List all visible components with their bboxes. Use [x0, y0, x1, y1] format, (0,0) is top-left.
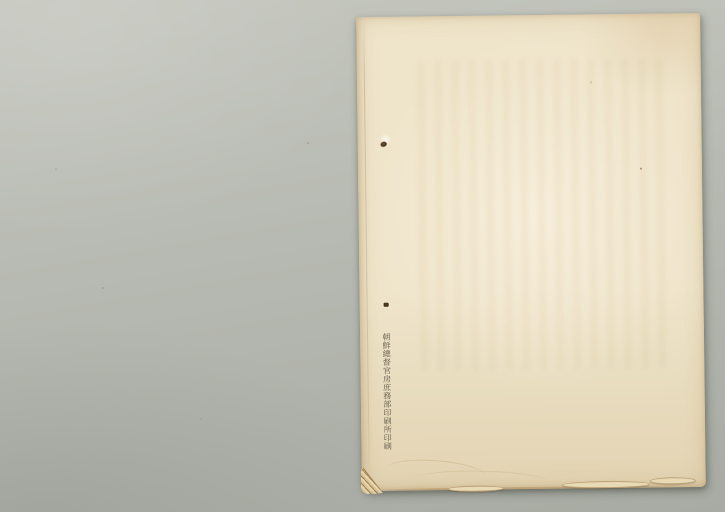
bottom-edge-wear — [448, 485, 504, 492]
dark-speck-stain — [384, 303, 389, 307]
imprint-vertical-text: 朝鮮總督官房庶務部印刷所印刷 — [380, 333, 394, 457]
left-edge-crease — [363, 21, 370, 483]
paper-speck — [590, 81, 592, 83]
dust-speck — [307, 142, 309, 144]
bottom-edge-wear — [650, 477, 696, 485]
paper-speck — [640, 168, 642, 170]
dust-speck — [200, 418, 202, 420]
dust-speck — [55, 168, 57, 170]
verso-show-through — [417, 58, 671, 371]
scanned-page: 朝鮮總督官房庶務部印刷所印刷 — [356, 13, 706, 491]
dust-speck — [102, 287, 104, 289]
scanner-background: 朝鮮總督官房庶務部印刷所印刷 — [0, 0, 725, 512]
wormhole-stain — [381, 142, 387, 147]
